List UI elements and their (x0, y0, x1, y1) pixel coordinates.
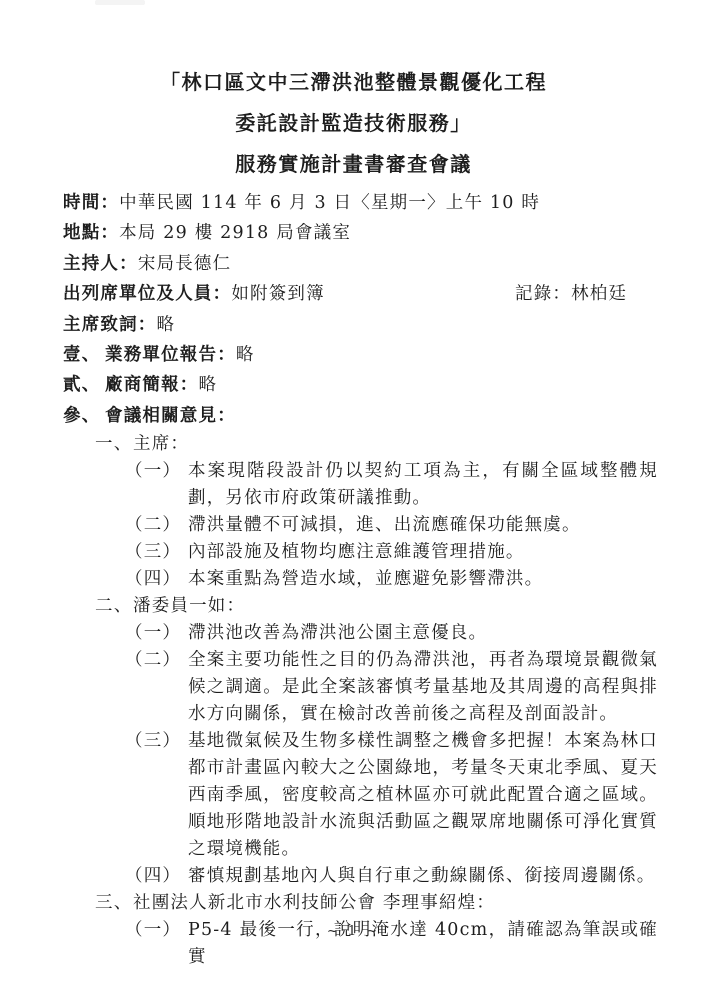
recorder-label: 記錄： (515, 284, 571, 304)
meta-label: 會議相關意見： (105, 406, 236, 426)
opinion-header: 一、主席： (95, 431, 680, 458)
opinion-item: （三）內部設施及植物均應注意維護管理措施。 (125, 539, 680, 566)
item-text: 本案現階段設計仍以契約工項為主，有關全區域整體規劃，另依市府政策研議推動。 (188, 458, 658, 512)
recorder-value: 林柏廷 (571, 284, 627, 304)
item-number: （二） (125, 647, 188, 728)
meta-row: 主席致詞：略 (63, 310, 707, 340)
item-number: （一） (125, 620, 188, 647)
item-text: 全案主要功能性之目的仍為滯洪池，再者為環境景觀微氣候之調適。是此全案該審慎考量基… (188, 647, 658, 728)
meta-row: 出列席單位及人員：如附簽到簿記錄：林柏廷 (63, 279, 707, 309)
opinion-number: 一、 (95, 431, 133, 458)
document-title: 「林口區文中三滯洪池整體景觀優化工程 委託設計監造技術服務」 服務實施計畫書審查… (0, 0, 707, 185)
opinion-item: （四）本案重點為營造水域，並應避免影響滯洪。 (125, 566, 680, 593)
item-text: 滯洪量體不可減損，進、出流應確保功能無虞。 (188, 512, 658, 539)
meta-value: 略 (157, 315, 176, 335)
meta-label: 主持人： (63, 254, 138, 274)
meta-row: 壹、業務單位報告：略 (63, 340, 707, 370)
meta-label: 廠商簡報： (105, 375, 199, 395)
meta-row: 主持人：宋局長德仁 (63, 249, 707, 279)
meta-label: 主席致詞： (63, 315, 157, 335)
meta-label: 時間： (63, 193, 119, 213)
opinion-number: 二、 (95, 593, 133, 620)
meta-row: 參、會議相關意見： (63, 401, 707, 431)
item-number: （三） (125, 539, 188, 566)
page-number: ~ 1 ~ (0, 924, 707, 939)
item-number: （四） (125, 863, 188, 890)
opinions-section: 一、主席：（一）本案現階段設計仍以契約工項為主，有關全區域整體規劃，另依市府政策… (95, 431, 680, 971)
opinion-item: （一）本案現階段設計仍以契約工項為主，有關全區域整體規劃，另依市府政策研議推動。 (125, 458, 680, 512)
meta-value: 宋局長德仁 (138, 254, 232, 274)
item-number: （三） (125, 728, 188, 863)
item-text: 內部設施及植物均應注意維護管理措施。 (188, 539, 658, 566)
item-text: 滯洪池改善為滯洪池公園主意優良。 (188, 620, 658, 647)
section-number: 壹、 (63, 340, 105, 370)
recorder: 記錄：林柏廷 (515, 279, 627, 309)
meta-value: 略 (236, 345, 255, 365)
item-number: （四） (125, 566, 188, 593)
item-text: 審慎規劃基地內人與自行車之動線關係、銜接周邊關係。 (188, 863, 658, 890)
meta-row: 時間：中華民國 114 年 6 月 3 日〈星期一〉上午 10 時 (63, 188, 707, 218)
opinion-header: 二、潘委員一如： (95, 593, 680, 620)
meta-block: 時間：中華民國 114 年 6 月 3 日〈星期一〉上午 10 時地點：本局 2… (63, 188, 707, 431)
opinion-header: 三、社團法人新北市水利技師公會 李理事紹煌： (95, 890, 680, 917)
section-number: 參、 (63, 401, 105, 431)
meta-label: 業務單位報告： (105, 345, 236, 365)
item-number: （二） (125, 512, 188, 539)
title-line-1: 「林口區文中三滯洪池整體景觀優化工程 (0, 62, 707, 103)
item-number: （一） (125, 458, 188, 512)
opinion-item: （三）基地微氣候及生物多樣性調整之機會多把握！本案為林口都市計畫區內較大之公園綠… (125, 728, 680, 863)
opinion-item: （二）全案主要功能性之目的仍為滯洪池，再者為環境景觀微氣候之調適。是此全案該審慎… (125, 647, 680, 728)
opinion-speaker: 潘委員一如： (133, 596, 245, 616)
opinion-speaker: 主席： (133, 434, 189, 454)
opinion-item: （二）滯洪量體不可減損，進、出流應確保功能無虞。 (125, 512, 680, 539)
meta-value: 略 (199, 375, 218, 395)
document-page: 「林口區文中三滯洪池整體景觀優化工程 委託設計監造技術服務」 服務實施計畫書審查… (0, 0, 707, 1000)
scan-artifact (95, 0, 145, 5)
meta-label: 地點： (63, 223, 119, 243)
item-text: 本案重點為營造水域，並應避免影響滯洪。 (188, 566, 658, 593)
meta-row: 貳、廠商簡報：略 (63, 370, 707, 400)
meta-value: 中華民國 114 年 6 月 3 日〈星期一〉上午 10 時 (119, 193, 540, 213)
title-line-2: 委託設計監造技術服務」 (0, 103, 707, 144)
meta-value: 如附簽到簿 (231, 284, 325, 304)
meta-value: 本局 29 樓 2918 局會議室 (119, 223, 351, 243)
meta-label: 出列席單位及人員： (63, 284, 231, 304)
section-number: 貳、 (63, 370, 105, 400)
item-text: 基地微氣候及生物多樣性調整之機會多把握！本案為林口都市計畫區內較大之公園綠地，考… (188, 728, 658, 863)
opinion-number: 三、 (95, 890, 133, 917)
opinion-speaker: 社團法人新北市水利技師公會 李理事紹煌： (133, 893, 495, 913)
opinion-item: （四）審慎規劃基地內人與自行車之動線關係、銜接周邊關係。 (125, 863, 680, 890)
title-line-3: 服務實施計畫書審查會議 (0, 144, 707, 185)
meta-row: 地點：本局 29 樓 2918 局會議室 (63, 218, 707, 248)
opinion-item: （一）滯洪池改善為滯洪池公園主意優良。 (125, 620, 680, 647)
